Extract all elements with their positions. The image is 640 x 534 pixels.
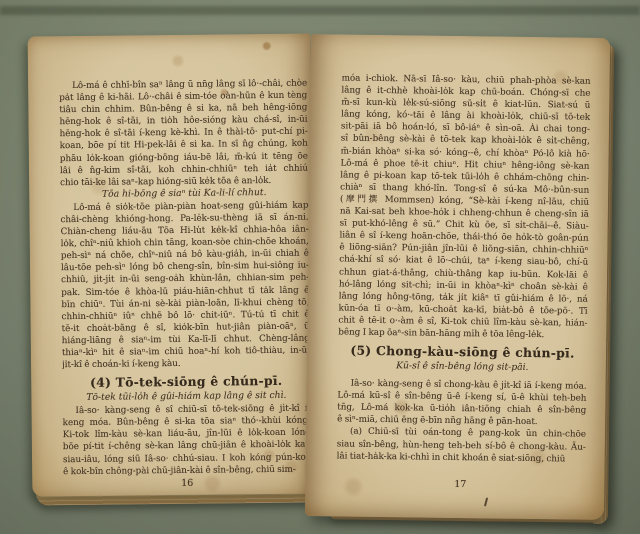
text-line: chio tāi-ke lâi saⁿ-kap hióng-siū ke̍k t… xyxy=(60,174,308,189)
paragraph: (a) Chiū-sī tùi oán-tong ê pang-kok ūn c… xyxy=(337,426,586,466)
right-page-number: 17 xyxy=(336,477,584,491)
section-heading: (5) Chong-kàu-siōng ê chún-pī. xyxy=(338,344,587,361)
right-page-text: móa i-chiok. Nā-sī Iâ-so· kàu, chiū phah… xyxy=(337,72,591,465)
left-page: Lô-má ê chhī-bîn saⁿ lâng ū nn̄g lâng sī… xyxy=(28,34,316,497)
text-line: ji̍t-kî ê choán-ki í-keng kàu. xyxy=(62,357,310,372)
left-page-text: Lô-má ê chhī-bîn saⁿ lâng ū nn̄g lâng sī… xyxy=(59,78,311,478)
text-line: ê kok-bîn chông-pài chū-jiân-kài ê sîn-b… xyxy=(63,463,311,478)
open-book-photo: Lô-má ê chhī-bîn saⁿ lâng ū nn̄g lâng sī… xyxy=(0,0,640,534)
ink-scratch-mark xyxy=(484,497,488,506)
paragraph: Iâ-so· kàng-seng ê sî chong-kàu ê ji̍t-k… xyxy=(337,378,587,430)
paragraph: móa i-chiok. Nā-sī Iâ-so· kàu, chiū phah… xyxy=(338,72,590,341)
paragraph: Lô-má ê sio̍k-tōe piàn-piàn hoat-seng gû… xyxy=(60,199,310,371)
text-line: lâi tiat-ha̍k-ka ki-chhì in chit khoán ê… xyxy=(337,450,586,465)
section-caption: Kū-sî ê sîn-bêng lóng sit-pāi. xyxy=(338,360,587,375)
right-page: móa i-chiok. Nā-sī Iâ-so· kàu, chiū phah… xyxy=(305,34,610,520)
paragraph: Iâ-so· kàng-seng ê sî chiū-sī tō-tek-siō… xyxy=(62,403,311,478)
section-heading: (4) Tō-tek-siōng ê chún-pī. xyxy=(62,374,310,391)
paragraph: Lô-má ê chhī-bîn saⁿ lâng ū nn̄g lâng sī… xyxy=(59,78,308,189)
left-page-number: 16 xyxy=(63,477,311,491)
